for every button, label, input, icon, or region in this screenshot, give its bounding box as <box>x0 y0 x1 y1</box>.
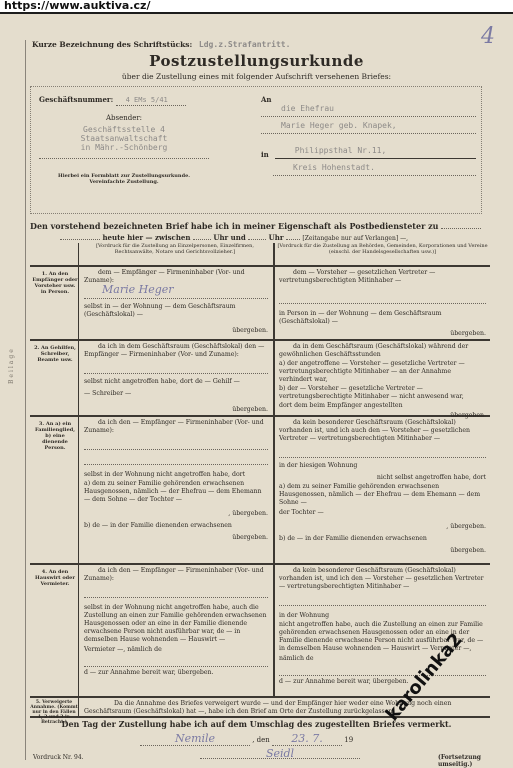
place-line-2: Kreis Hohenstadt. <box>273 163 476 176</box>
side-label: Beilage <box>8 347 15 384</box>
short-description-label: Kurze Bezeichnung des Schriftstücks: <box>32 40 192 49</box>
section-3-label: 3. An a) ein Familienglied, b) eine dien… <box>32 421 78 451</box>
right-column-header: [Vordruck für die Zustellung an Behörden… <box>275 243 490 263</box>
recipient-name-handwritten: Marie Heger <box>84 286 268 299</box>
document-page: 4 Beilage Kurze Bezeichnung des Schrifts… <box>0 14 513 768</box>
section-3-left: da ich den — Empfänger — Firmeninhaber (… <box>84 419 268 543</box>
enclosure-note-2: Vereinfachte Zustellung. <box>39 179 209 185</box>
left-column-header: [Vordruck für die Zustellung an Einzelpe… <box>80 243 270 263</box>
margin-line <box>25 40 26 760</box>
in-label: in <box>261 150 269 159</box>
delivery-date-handwritten: 23. 7. <box>272 732 342 746</box>
source-url: https://www.auktiva.cz/ <box>0 0 513 14</box>
section-4-right: da kein besonderer Geschäftsraum (Geschä… <box>279 567 486 687</box>
form-number: Vordruck Nr. 94. <box>33 754 84 761</box>
short-description-value: Ldg.z.Strafantritt. <box>199 40 291 49</box>
section-1-right: dem — Vorsteher — gesetzlichen Vertreter… <box>279 269 486 339</box>
section-2-right: da in dem Geschäftsraum (Geschäftslokal)… <box>279 343 486 421</box>
address-box: Geschäftsnummer: 4 EMs 5/41 Absender: Ge… <box>30 86 482 214</box>
postman-signature: Seidl <box>200 747 360 759</box>
page-number: 4 <box>481 24 495 49</box>
place-date-line: Nemile , den 23. 7. 19 <box>140 732 353 746</box>
sender-label: Absender: <box>39 114 209 123</box>
refused-text: Da die Annahme des Briefes verweigert wu… <box>84 700 484 716</box>
section-1-label: 1. An den Empfänger oder Vorsteher usw. … <box>32 271 78 295</box>
section-4-left: da ich den — Empfänger — Firmeninhaber (… <box>84 567 268 678</box>
section-3-right: da kein besonderer Geschäftsraum (Geschä… <box>279 419 486 556</box>
delivery-form-table: [Vordruck für die Zustellung an Einzelpe… <box>30 243 490 703</box>
document-subtitle: über die Zustellung eines mit folgender … <box>0 72 513 81</box>
recipient-block: An die Ehefrau Marie Heger geb. Knapek, … <box>261 95 476 176</box>
recipient-line-2: Marie Heger geb. Knapek, <box>261 121 476 134</box>
place-line-1: Philippsthal Nr.11, <box>275 146 476 159</box>
delivery-day-statement: Den Tag der Zustellung habe ich auf dem … <box>0 719 513 729</box>
delivery-place-handwritten: Nemile <box>140 732 250 746</box>
declaration-line-2: heute hier — zwischen Uhr und Uhr [Zeita… <box>30 233 490 242</box>
recipient-line-1: die Ehefrau <box>261 104 476 117</box>
short-description: Kurze Bezeichnung des Schriftstücks: Ldg… <box>32 40 290 49</box>
declaration-line-1: Den vorstehend bezeichneten Brief habe i… <box>30 221 490 231</box>
sender-line-3: in Mähr.-Schönberg <box>39 143 209 152</box>
case-number-label: Geschäftsnummer: <box>39 95 113 104</box>
sender-line-1: Geschäftsstelle 4 <box>39 125 209 134</box>
declaration: Den vorstehend bezeichneten Brief habe i… <box>30 221 490 242</box>
case-number-value: 4 EMs 5/41 <box>116 96 186 106</box>
sender-block: Geschäftsnummer: 4 EMs 5/41 Absender: Ge… <box>39 95 209 185</box>
section-1-left: dem — Empfänger — Firmeninhaber (Vor- un… <box>84 269 268 336</box>
section-4-label: 4. An den Hauswirt oder Vermieter. <box>32 569 78 587</box>
section-2-label: 2. An Gehilfen, Schreiber, Beamte usw. <box>32 345 78 363</box>
sender-line-2: Staatsanwaltschaft <box>39 134 209 143</box>
refused-acceptance-row: 5. Verweigerte Annahme. (Kommt nur in de… <box>30 696 490 718</box>
document-title: Postzustellungsurkunde <box>0 52 513 70</box>
to-label: An <box>261 95 476 104</box>
continuation-note: (Fortsetzung umseitig.) <box>438 754 513 768</box>
section-2-left: da ich in dem Geschäftsraum (Geschäftslo… <box>84 343 268 415</box>
